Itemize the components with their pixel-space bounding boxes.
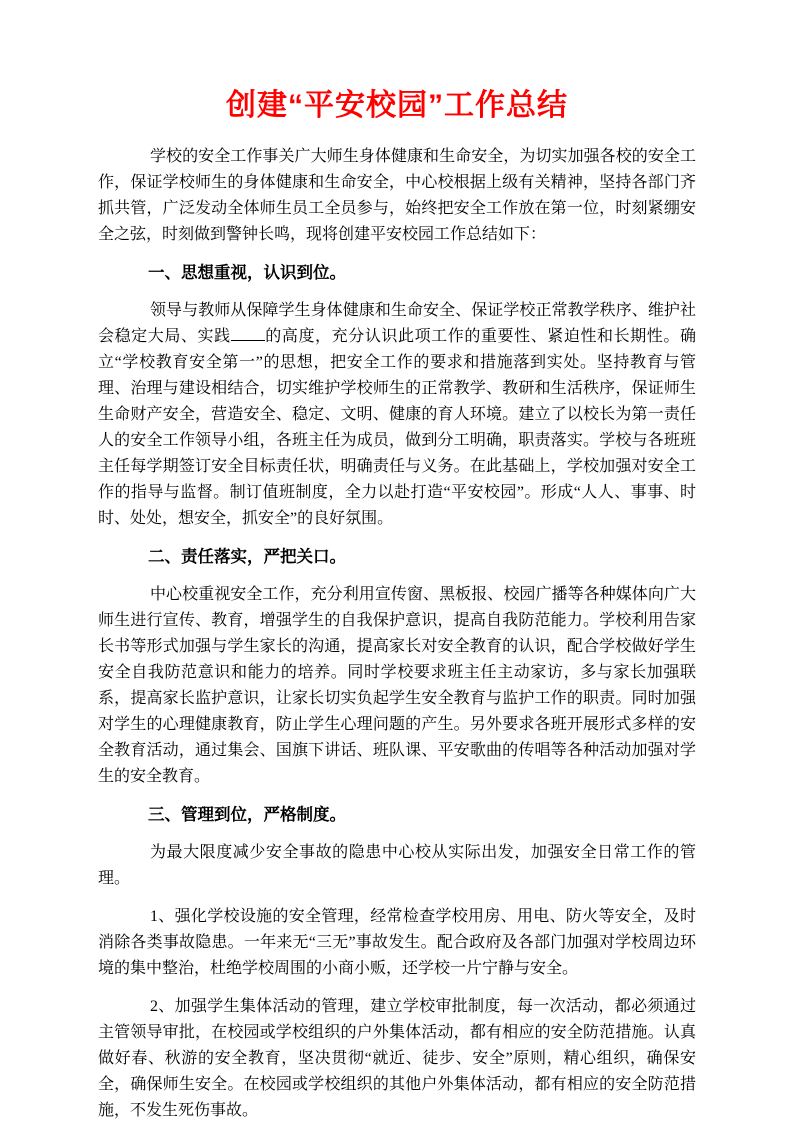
section-3-heading: 三、管理到位，严格制度。: [98, 802, 696, 828]
section-2-paragraph: 中心校重视安全工作，充分利用宣传窗、黑板报、校园广播等各种媒体向广大师生进行宣传…: [98, 582, 696, 790]
section-3-item-2-paragraph: 2、加强学生集体活动的管理，建立学校审批制度，每一次活动，都必须通过主管领导审批…: [98, 994, 696, 1122]
section-1-heading: 一、思想重视，认识到位。: [98, 260, 696, 286]
fill-in-blank-underline: [231, 324, 265, 341]
section-3-item-1-paragraph: 1、强化学校设施的安全管理，经常检查学校用房、用电、防火等安全，及时消除各类事故…: [98, 904, 696, 982]
section-3-intro-paragraph: 为最大限度减少安全事故的隐患中心校从实际出发，加强安全日常工作的管理。: [98, 840, 696, 892]
section-1-paragraph: 领导与教师从保障学生身体健康和生命安全、保证学校正常教学秩序、维护社会稳定大局、…: [98, 298, 696, 532]
document-title: 创建“平安校园”工作总结: [98, 86, 696, 126]
section-2-heading: 二、责任落实，严把关口。: [98, 544, 696, 570]
intro-paragraph: 学校的安全工作事关广大师生身体健康和生命安全，为切实加强各校的安全工作，保证学校…: [98, 144, 696, 248]
section-1-text-after-blank: 的高度，充分认识此项工作的重要性、紧迫性和长期性。确立“学校教育安全第一”的思想…: [98, 328, 696, 527]
document-page: 创建“平安校园”工作总结 学校的安全工作事关广大师生身体健康和生命安全，为切实加…: [0, 0, 793, 1122]
